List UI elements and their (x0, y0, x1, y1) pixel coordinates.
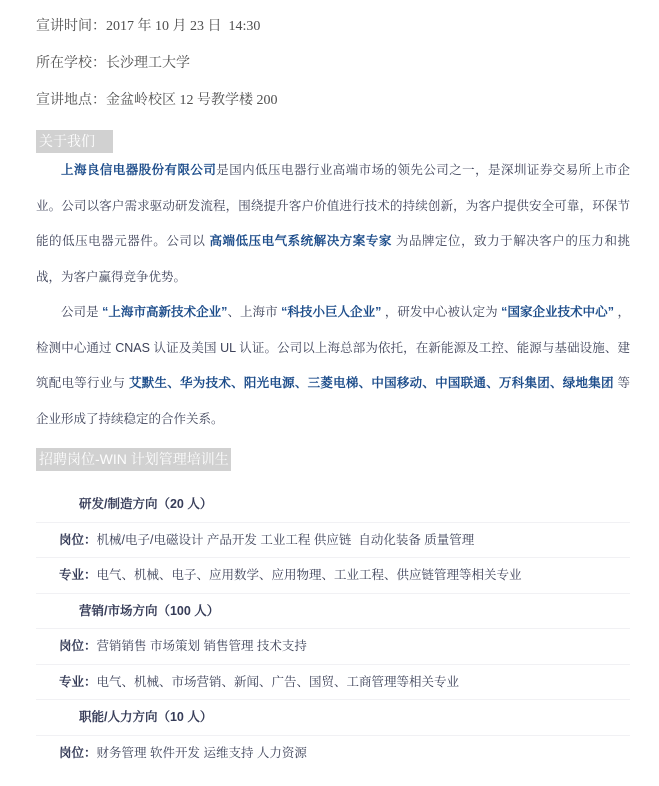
text-segment: 、上海市 (227, 305, 281, 319)
text-segment: 岗位： (59, 639, 97, 653)
text-segment: 研发/制造方向（20 人） (79, 497, 212, 511)
text-segment: 专业： (59, 675, 97, 689)
text-segment: 高端低压电气系统解决方案专家 (209, 234, 391, 248)
presentation-time: 宣讲时间：2017 年 10 月 23 日 14:30 (36, 19, 630, 35)
job-detail-row: 专业：电气、机械、电子、应用数学、应用物理、工业工程、供应链管理等相关专业 (36, 558, 630, 594)
presentation-location: 宣讲地点：金盆岭校区 12 号教学楼 200 (36, 93, 630, 109)
jobs-header-row: 招聘岗位-WIN 计划管理培训生 (36, 448, 630, 471)
text-segment: 岗位： (59, 533, 97, 547)
text-segment: 岗位： (59, 746, 97, 760)
text-segment: 营销销售 市场策划 销售管理 技术支持 (97, 639, 307, 653)
job-detail-row: 岗位：财务管理 软件开发 运维支持 人力资源 (36, 736, 630, 771)
text-segment: 电气、机械、市场营销、新闻、广告、国贸、工商管理等相关专业 (97, 675, 460, 689)
about-paragraph: 上海良信电器股份有限公司是国内低压电器行业高端市场的领先公司之一，是深圳证券交易… (36, 153, 630, 295)
text-segment: “科技小巨人企业” (281, 305, 381, 319)
text-segment: 营销/市场方向（100 人） (79, 604, 219, 618)
job-direction-row: 职能/人力方向（10 人） (36, 700, 630, 736)
about-paragraph: 公司是 “上海市高新技术企业”、上海市 “科技小巨人企业” ，研发中心被认定为 … (36, 295, 630, 437)
text-segment: 电气、机械、电子、应用数学、应用物理、工业工程、供应链管理等相关专业 (97, 568, 522, 582)
job-direction-row: 营销/市场方向（100 人） (36, 594, 630, 630)
text-segment: 机械/电子/电磁设计 产品开发 工业工程 供应链 自动化装备 质量管理 (97, 533, 475, 547)
about-header-row: 关于我们 (36, 130, 630, 153)
job-detail-row: 岗位：机械/电子/电磁设计 产品开发 工业工程 供应链 自动化装备 质量管理 (36, 523, 630, 559)
text-segment: “国家企业技术中心” (501, 305, 614, 319)
text-segment: ，研发中心被认定为 (381, 305, 501, 319)
job-detail-row: 岗位：营销销售 市场策划 销售管理 技术支持 (36, 629, 630, 665)
text-segment: 上海良信电器股份有限公司 (61, 163, 216, 177)
text-segment: 财务管理 软件开发 运维支持 人力资源 (97, 746, 307, 760)
text-segment: “上海市高新技术企业” (102, 305, 227, 319)
text-segment: 职能/人力方向（10 人） (79, 710, 212, 724)
page: 宣讲时间：2017 年 10 月 23 日 14:30 所在学校：长沙理工大学 … (0, 0, 659, 786)
job-direction-row: 研发/制造方向（20 人） (36, 487, 630, 523)
jobs-list: 研发/制造方向（20 人）岗位：机械/电子/电磁设计 产品开发 工业工程 供应链… (36, 487, 630, 770)
job-detail-row: 专业：电气、机械、市场营销、新闻、广告、国贸、工商管理等相关专业 (36, 665, 630, 701)
text-segment: 公司是 (61, 305, 102, 319)
about-section-header: 关于我们 (36, 130, 113, 153)
presentation-info-section: 宣讲时间：2017 年 10 月 23 日 14:30 所在学校：长沙理工大学 … (36, 19, 630, 109)
text-segment: 艾默生、华为技术、阳光电源、三菱电梯、中国移动、中国联通、万科集团、绿地集团 (129, 376, 614, 390)
about-section: 上海良信电器股份有限公司是国内低压电器行业高端市场的领先公司之一，是深圳证券交易… (36, 153, 630, 437)
presentation-school: 所在学校：长沙理工大学 (36, 56, 630, 72)
jobs-section-header: 招聘岗位-WIN 计划管理培训生 (36, 448, 231, 471)
text-segment: 专业： (59, 568, 97, 582)
